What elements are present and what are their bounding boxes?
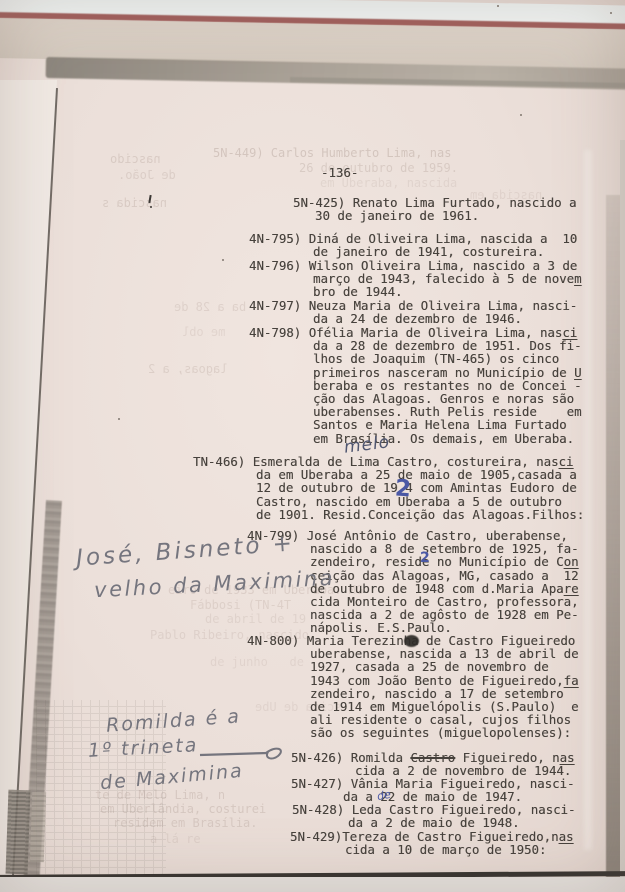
entry-label: 5N-427) bbox=[291, 776, 351, 791]
handwritten-insert-de: de bbox=[376, 788, 392, 803]
bleedthrough-text: me obl bbox=[182, 325, 225, 339]
bottom-left-print-patch bbox=[30, 792, 46, 862]
entry-text: cida a 10 de março de 1950: bbox=[345, 842, 546, 857]
bleedthrough-text: ba a 28 de bbox=[174, 300, 246, 314]
ink-mark-dot bbox=[150, 206, 152, 208]
entry-label: 5N-426) bbox=[291, 750, 351, 765]
dust-speck bbox=[497, 5, 499, 7]
scanned-document-page: 5N-449) Carlos Humberto Lima, nas26 de o… bbox=[0, 0, 625, 892]
entry-5N-429-line-2: cida a 10 de março de 1950: bbox=[345, 843, 546, 856]
entry-label: 4N-800) bbox=[247, 633, 307, 648]
bleedthrough-text: 5N-449) Carlos Humberto Lima, nas bbox=[213, 146, 451, 160]
dust-speck bbox=[520, 114, 522, 116]
annotation-arrow-icon bbox=[198, 743, 290, 765]
right-light-streak bbox=[584, 150, 592, 850]
entry-text: de 1901. Resid.Conceição das Alagoas.Fil… bbox=[256, 507, 584, 522]
ink-blot bbox=[404, 635, 419, 647]
bleedthrough-text: nascida s bbox=[102, 196, 167, 210]
ink-correction-reside-2: 2 bbox=[420, 550, 430, 566]
ledger-grid-bleed bbox=[36, 700, 166, 875]
entry-text: fa bbox=[564, 673, 579, 688]
dust-speck bbox=[610, 12, 612, 14]
entry-5N-425-line-2: 30 de janeiro de 1961. bbox=[315, 209, 479, 222]
entry-label: 4N-795) bbox=[249, 231, 309, 246]
dust-speck bbox=[222, 259, 224, 261]
right-edge-pale bbox=[620, 140, 625, 880]
entry-text: são os seguintes (miguelopolenses): bbox=[310, 725, 571, 740]
entry-TN-466-line-5: de 1901. Resid.Conceição das Alagoas.Fil… bbox=[256, 508, 584, 521]
entry-label: 4N-797) bbox=[249, 298, 309, 313]
entry-label: 4N-798) bbox=[249, 325, 309, 340]
bleedthrough-text: de junho de bbox=[210, 655, 304, 669]
bleedthrough-text: de João. bbox=[118, 168, 176, 182]
entry-label: 5N-428) bbox=[292, 802, 352, 817]
handwritten-note-jose-line1: José, Bisneto + bbox=[75, 530, 295, 571]
bottom-left-print-patch bbox=[6, 790, 31, 875]
entry-label: 5N-429) bbox=[290, 829, 342, 844]
entry-text: 30 de janeiro de 1961. bbox=[315, 208, 479, 223]
bleedthrough-text: lagoas, a 2 bbox=[148, 362, 227, 376]
entry-4N-797-line-2: da a 24 de dezembro de 1946. bbox=[313, 312, 522, 325]
entry-label: 4N-796) bbox=[249, 258, 309, 273]
entry-5N-428-line-2: da a 2 de maio de 1948. bbox=[348, 816, 520, 829]
page-number: -136- bbox=[321, 166, 358, 179]
bleedthrough-text: Fábbosi (TN-4T bbox=[190, 598, 291, 612]
dust-speck bbox=[118, 418, 120, 420]
right-edge-strip bbox=[606, 195, 621, 878]
bleedthrough-text: nascido bbox=[110, 152, 161, 166]
entry-text: as bbox=[559, 829, 574, 844]
entry-text: m bbox=[574, 271, 581, 286]
ink-correction-year-2: 2 bbox=[394, 475, 412, 502]
entry-text: de janeiro de 1941, costureira. bbox=[313, 244, 544, 259]
entry-text: da a 24 de dezembro de 1946. bbox=[313, 311, 522, 326]
entry-text: da a 2 de maio de 1948. bbox=[348, 815, 520, 830]
bottom-edge-band bbox=[0, 877, 625, 892]
entry-4N-795-line-2: de janeiro de 1941, costureira. bbox=[313, 245, 544, 258]
entry-4N-800-line-8: são os seguintes (miguelopolenses): bbox=[310, 726, 571, 739]
bleedthrough-text: de abril de 19 bbox=[205, 612, 306, 626]
entry-label: TN-466) bbox=[193, 454, 253, 469]
entry-4N-796-line-3: bro de 1944. bbox=[313, 285, 403, 298]
